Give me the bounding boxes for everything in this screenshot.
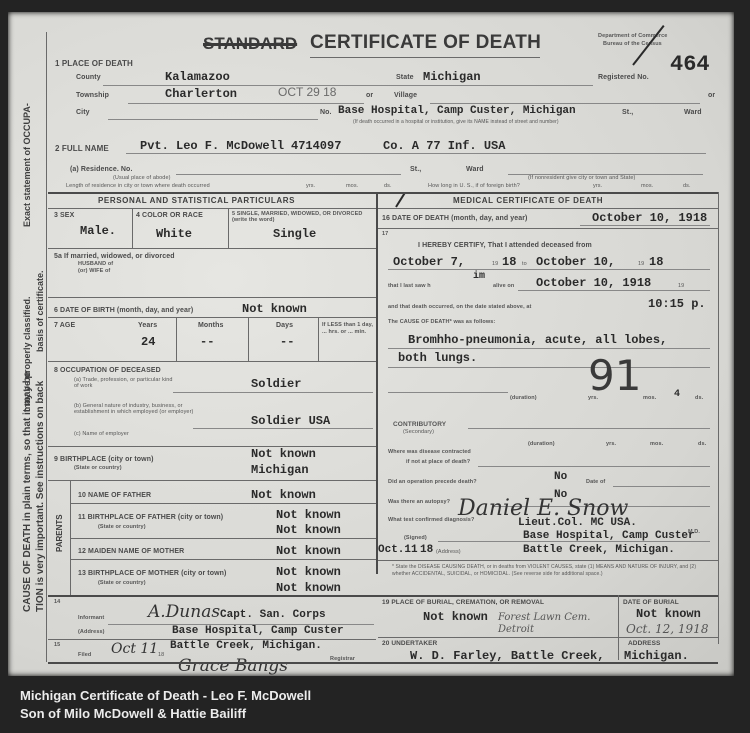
operation-label: Did an operation precede death? — [388, 480, 477, 486]
race-label: 4 COLOR OR RACE — [136, 212, 203, 219]
length-ds: ds. — [384, 184, 392, 190]
bottom-border — [48, 662, 718, 664]
race-value: White — [156, 228, 192, 240]
check-mark-medical — [395, 193, 405, 208]
dob-label: 6 DATE OF BIRTH (month, day, and year) — [54, 307, 193, 314]
township-label: Township — [76, 92, 109, 99]
marital-value: Single — [273, 228, 316, 240]
length-residence-label: Length of residence in city or town wher… — [66, 184, 210, 190]
undertaker-address: Michigan. — [624, 650, 689, 662]
duration-label: (duration) — [510, 396, 537, 402]
birthplace-state-label: (State or country) — [74, 466, 122, 472]
rule — [48, 446, 376, 447]
months-label: Months — [198, 322, 223, 329]
occupation-label: 8 OCCUPATION OF DECEASED — [54, 367, 161, 374]
cause-rule-2 — [388, 367, 710, 368]
us-yrs: yrs. — [593, 184, 602, 190]
caption-line-2: Son of Milo McDowell & Hattie Bailiff — [20, 706, 246, 721]
center-divider — [376, 192, 378, 574]
informant-title: Capt. San. Corps — [220, 610, 326, 621]
certify-text: I HEREBY CERTIFY, That I attended deceas… — [418, 242, 592, 249]
father-name-label: 10 NAME OF FATHER — [78, 492, 151, 499]
occupation-b-line — [193, 428, 373, 429]
cause-line-1: Bromhho-pneumonia, acute, all lobes, — [408, 334, 667, 346]
to-label: to — [522, 262, 527, 268]
to-year-prefix: 19 — [638, 262, 644, 268]
sex-value: Male. — [80, 225, 116, 237]
days-value: -- — [280, 336, 294, 348]
personal-heading: PERSONAL AND STATISTICAL PARTICULARS — [98, 196, 295, 205]
occupation-a-value: Soldier — [251, 378, 301, 390]
mother-birthplace-state-value: Not known — [276, 582, 341, 594]
village-label: Village — [394, 92, 417, 99]
occupation-b-label: (b) General nature of industry, business… — [74, 404, 194, 415]
medical-heading: MEDICAL CERTIFICATE OF DEATH — [453, 196, 603, 205]
registered-no: 464 — [670, 54, 710, 76]
title-underline — [310, 57, 540, 58]
rule — [378, 208, 718, 209]
occupation-a-line — [173, 392, 373, 393]
rule — [48, 297, 376, 298]
county-value: Kalamazoo — [165, 71, 230, 83]
unit-value: Co. A 77 Inf. USA — [383, 140, 505, 152]
side-note-3: basis of certificate. — [35, 270, 45, 352]
father-birthplace-state-label: (State or country) — [98, 525, 146, 531]
rule — [70, 503, 376, 504]
serial-number: 4714097 — [291, 140, 341, 152]
months-value: -- — [200, 336, 214, 348]
date-of-label: Date of — [586, 480, 605, 486]
duration-mos: mos. — [643, 396, 656, 402]
dod-value: October 10, 1918 — [592, 212, 707, 224]
father-birthplace-city-value: Not known — [276, 509, 341, 521]
department-line2: Bureau of the Census — [603, 42, 662, 48]
informant-address-label: (Address) — [78, 630, 105, 636]
st-label: St., — [622, 109, 633, 116]
to-year: 18 — [649, 256, 663, 268]
mother-name-label: 12 MAIDEN NAME OF MOTHER — [78, 548, 184, 555]
undertaker-value: W. D. Farley, Battle Creek, — [410, 650, 604, 662]
contributory-line — [468, 428, 710, 429]
full-name-line — [126, 153, 706, 154]
undertaker-address-label: ADDRESS — [628, 641, 660, 648]
informant-num: 14 — [54, 600, 60, 606]
last-saw-year-prefix: 19 — [678, 284, 684, 290]
mother-birthplace-city-value: Not known — [276, 566, 341, 578]
rule — [70, 559, 376, 560]
informant-label: Informant — [78, 616, 104, 622]
county-label: County — [76, 74, 101, 81]
contributory-label: CONTRIBUTORY — [393, 422, 446, 429]
duration-line — [388, 392, 508, 393]
marital-label: 5 SINGLE, MARRIED, WIDOWED, OR DIVORCED … — [232, 212, 372, 223]
city-line — [108, 119, 318, 120]
us-residence-label: How long in U. S., if of foreign birth? — [428, 184, 520, 190]
operation-date-line — [613, 486, 710, 487]
sex-label: 3 SEX — [54, 212, 74, 219]
residence-st-label: St., — [410, 166, 421, 173]
last-saw-date: October 10, 1918 — [536, 277, 651, 289]
father-birthplace-state-value: Not known — [276, 524, 341, 536]
occupation-b-value: Soldier USA — [251, 415, 330, 427]
filed-date: Oct 11 — [111, 642, 158, 656]
rule — [48, 317, 376, 318]
nonresident-note: (If nonresident give city or town and St… — [528, 176, 635, 182]
duration2-label: (duration) — [528, 442, 555, 448]
signed-label: (Signed) — [404, 536, 427, 542]
cause-rule-1 — [388, 348, 710, 349]
years-label: Years — [138, 322, 157, 329]
burial-place-handwritten: Forest Lawn Cem. Detroit — [498, 612, 598, 636]
burial-date-handwritten: Oct. 12, 1918 — [626, 623, 708, 635]
rule — [318, 317, 319, 361]
last-saw-line — [518, 290, 710, 291]
husband-label: HUSBAND of — [78, 262, 113, 268]
burial-date-label: DATE OF BURIAL — [623, 600, 679, 607]
rule — [70, 538, 376, 539]
filed-num: 15 — [54, 643, 60, 649]
township-line — [128, 103, 364, 104]
rule — [48, 480, 376, 481]
rule — [48, 361, 376, 362]
burial-place-value: Not known — [423, 611, 488, 623]
duration-days: 4 — [674, 390, 680, 400]
physician-address-2: Battle Creek, Michigan. — [523, 545, 675, 556]
burial-date-value: Not known — [636, 608, 701, 620]
rule — [618, 595, 619, 660]
duration-yrs: yrs. — [588, 396, 598, 402]
side-note-1: Exact statement of OCCUPA- — [22, 103, 32, 227]
informant-signature: A.Dunas — [148, 604, 220, 621]
last-saw-label: that I last saw h — [388, 284, 431, 290]
where-contracted-line — [478, 466, 710, 467]
mother-birthplace-state-label: (State or country) — [98, 581, 146, 587]
residence-line — [176, 174, 401, 175]
rule — [48, 248, 376, 249]
rule — [248, 317, 249, 361]
from-year-prefix: 19 — [492, 262, 498, 268]
years-value: 24 — [141, 336, 155, 348]
undertaker-label: 20 UNDERTAKER — [382, 641, 437, 648]
caption-line-1: Michigan Certificate of Death - Leo F. M… — [20, 688, 311, 703]
duration-ds: ds. — [695, 396, 703, 402]
side-note-5: TION is very important. See instructions… — [35, 381, 46, 612]
death-certificate: Exact statement of OCCUPA- may be proper… — [8, 12, 734, 676]
occupation-a-label: (a) Trade, profession, or particular kin… — [74, 378, 174, 389]
place-of-death-label: 1 PLACE OF DEATH — [55, 60, 133, 68]
father-name-value: Not known — [251, 489, 316, 501]
from-year: 18 — [502, 256, 516, 268]
burial-place-label: 19 PLACE OF BURIAL, CREMATION, OR REMOVA… — [382, 600, 544, 607]
dod-line — [580, 225, 710, 226]
cause-code: 91 — [588, 355, 641, 397]
address-value: Base Hospital, Camp Custer, Michigan — [338, 106, 576, 117]
state-label: State — [396, 74, 414, 81]
dob-value: Not known — [242, 303, 307, 315]
state-value: Michigan — [423, 71, 481, 83]
section-divider-top — [48, 192, 718, 194]
registered-no-label: Registered No. — [598, 74, 649, 81]
or-label: or — [366, 92, 373, 99]
rule — [132, 208, 133, 248]
township-value: Charlerton — [165, 88, 237, 100]
duration2-mos: mos. — [650, 442, 663, 448]
wife-label: (or) WIFE of — [78, 269, 110, 275]
less-than-day-label: If LESS than 1 day, ... hrs. or ... min. — [322, 322, 374, 336]
duration2-ds: ds. — [698, 442, 706, 448]
mother-name-value: Not known — [276, 545, 341, 557]
full-name-value: Pvt. Leo F. McDowell — [140, 140, 284, 152]
rule — [48, 208, 376, 209]
cause-label: The CAUSE OF DEATH* was as follows: — [388, 320, 495, 326]
not-at-place-label: if not at place of death? — [406, 460, 470, 466]
where-contracted-label: Where was disease contracted — [388, 450, 471, 456]
rule — [378, 228, 718, 229]
received-stamp: OCT 29 18 — [278, 86, 336, 98]
full-name-label: 2 FULL NAME — [55, 145, 109, 153]
rule — [228, 208, 229, 248]
registrar-signature: Grace Bangs — [178, 658, 288, 675]
occupation-c-label: (c) Name of employer — [74, 432, 129, 438]
filed-label: Filed — [78, 653, 91, 659]
physician-title: Lieut.Col. MC USA. — [518, 518, 637, 529]
us-mos: mos. — [641, 184, 653, 190]
informant-address: Base Hospital, Camp Custer — [172, 626, 344, 637]
attended-line — [388, 269, 710, 270]
attended-from: October 7, — [393, 256, 465, 268]
city-label: City — [76, 109, 90, 116]
death-time-label: and that death occurred, on the date sta… — [388, 305, 531, 311]
or2-label: or — [708, 92, 715, 99]
side-note-4: CAUSE OF DEATH in plain terms, so that i… — [22, 372, 33, 612]
birthplace-city-value: Not known — [251, 448, 316, 460]
right-border — [718, 192, 719, 644]
village-line — [430, 103, 700, 104]
residence-note: (Usual place of abode) — [113, 176, 171, 182]
mother-birthplace-label: 13 BIRTHPLACE OF MOTHER (city or town) — [78, 570, 226, 577]
rule — [176, 317, 177, 361]
length-yrs: yrs. — [306, 184, 315, 190]
autopsy-label: Was there an autopsy? — [388, 500, 450, 506]
cause-line-2: both lungs. — [398, 352, 477, 364]
residence-label: (a) Residence. No. — [70, 166, 132, 173]
no-label: No. — [320, 109, 332, 116]
dod-label: 16 DATE OF DEATH (month, day, and year) — [382, 215, 527, 222]
signed-date: Oct.11 — [378, 545, 418, 556]
hospital-note: (If death occurred in a hospital or inst… — [353, 120, 559, 125]
birthplace-state-value: Michigan — [251, 464, 309, 476]
signed-year: 18 — [420, 545, 433, 556]
death-time-value: 10:15 p. — [648, 298, 706, 310]
margin-rule — [46, 32, 47, 662]
attended-to: October 10, — [536, 256, 615, 268]
us-ds: ds. — [683, 184, 691, 190]
certify-num: 17 — [382, 232, 388, 238]
rule — [378, 560, 718, 561]
age-label: 7 AGE — [54, 322, 75, 329]
state-line — [418, 85, 593, 86]
length-mos: mos. — [346, 184, 358, 190]
filed-year: 18 — [158, 653, 164, 659]
birthplace-label: 9 BIRTHPLACE (city or town) — [54, 456, 154, 463]
parents-label: PARENTS — [55, 514, 64, 552]
physician-address-1: Base Hospital, Camp Custer — [523, 531, 695, 542]
spouse-label: 5a If married, widowed, or divorced — [54, 253, 175, 260]
days-label: Days — [276, 322, 293, 329]
footnote: * State the DISEASE CAUSING DEATH, or in… — [392, 564, 710, 577]
father-birthplace-label: 11 BIRTHPLACE OF FATHER (city or town) — [78, 514, 223, 521]
filed-city: Battle Creek, Michigan. — [170, 641, 322, 652]
operation-value: No — [554, 472, 567, 483]
ward-label: Ward — [684, 109, 702, 116]
secondary-label: (Secondary) — [403, 430, 434, 436]
last-saw-suffix: im — [473, 272, 485, 282]
physician-address-label: (Address) — [436, 550, 461, 556]
certificate-title: CERTIFICATE OF DEATH — [310, 32, 541, 54]
struck-word: STANDARD — [203, 34, 297, 54]
rule — [378, 637, 718, 638]
residence-ward-label: Ward — [466, 166, 484, 173]
alive-on-label: alive on — [493, 284, 514, 290]
duration2-yrs: yrs. — [606, 442, 616, 448]
